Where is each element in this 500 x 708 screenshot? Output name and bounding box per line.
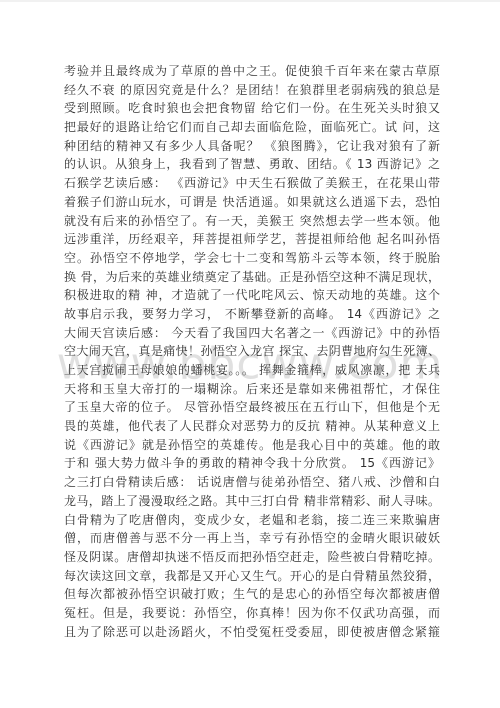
text-line: 怪及阴谋。唐僧却执迷不悟反而把孙悟空赶走，险些被白骨精吃掉。 (64, 548, 440, 567)
text-line: 僧，而唐僧善与恶不分一再上当，幸亏有孙悟空的金晴火眼识破妖 (64, 529, 440, 548)
text-line: 换 骨，为后来的英雄业绩奠定了基础。正是孙悟空这种不满足现状， (64, 268, 440, 287)
text-line: 大闹天宫读后感： 今天看了我国四大名著之一《西游记》中的孙悟 (64, 324, 440, 343)
text-line: 冤枉。但是，我要说：孙悟空，你真棒！因为你不仅武功高强，而 (64, 604, 440, 623)
text-line: 畏的英雄，他代表了人民群众对恶势力的反抗 精神。从某种意义上 (64, 417, 440, 436)
document-page: www.bbcww.com 考验并且最终成为了草原的兽中之王。促使狼千百年来在蒙… (0, 0, 500, 708)
text-line: 上天宫搅闹王母娘娘的蟠桃宴。。。 挥舞金箍棒，威风凛凛，把 天兵 (64, 361, 440, 380)
text-line: 说《西游记》就是孙悟空的英雄传。他是我心目中的英雄。他的敢 (64, 436, 440, 455)
text-line: 且为了除恶可以赴汤蹈火，不怕受冤枉受委屈，即使被唐僧念紧箍 (64, 623, 440, 642)
text-line: 石猴学艺读后感： 《西游记》中天生石猴做了美猴王，在花果山带 (64, 174, 440, 193)
text-line: 故事启示我，要努力学习， 不断攀登新的高峰。 14《西游记》之 (64, 305, 440, 324)
text-line: 考验并且最终成为了草原的兽中之王。促使狼千百年来在蒙古草原 (64, 62, 440, 81)
text-line: 但每次都被孙悟空识破打败；生气的是忠心的孙悟空每次都被唐僧 (64, 585, 440, 604)
text-line: 受到照顾。吃食时狼也会把食物留 给它们一份。在生死关头时狼又 (64, 99, 440, 118)
text-line: 每次读这回文章，我都是又开心又生气。开心的是白骨精虽然狡猾， (64, 567, 440, 586)
text-line: 之三打白骨精读后感： 话说唐僧与徒弟孙悟空、猪八戒、沙僧和白 (64, 473, 440, 492)
text-line: 龙马，踏上了漫漫取经之路。其中三打白骨 精非常精彩、耐人寻味。 (64, 492, 440, 511)
text-line: 把最好的退路让给它们而自己却去面临危险，面临死亡。试 问，这 (64, 118, 440, 137)
text-line: 种团结的精神又有多少人具备呢？ 《狼图腾》，它让我对狼有了新 (64, 137, 440, 156)
text-line: 了玉皇大帝的位子。 尽管孙悟空最终被压在五行山下，但他是个无 (64, 398, 440, 417)
text-line: 着猴子们游山玩水，可谓是 快活逍遥。如果就这么逍遥下去，恐怕 (64, 193, 440, 212)
text-line: 空大闹天宫，真是痛快！孙悟空入龙宫 探宝、去阴曹地府勾生死簿、 (64, 342, 440, 361)
document-text-block: 考验并且最终成为了草原的兽中之王。促使狼千百年来在蒙古草原 经久不衰 的原因究竟… (64, 62, 440, 641)
text-line: 白骨精为了吃唐僧肉，变成少女，老媪和老翁，接二连三来欺骗唐 (64, 511, 440, 530)
text-line: 的认识。从狼身上，我看到了智慧、勇敢、团结。《 13 西游记》之 (64, 155, 440, 174)
text-line: 就没有后来的孙悟空了。有一天，美猴王 突然想去学一些本领。他 (64, 212, 440, 231)
text-line: 经久不衰 的原因究竟是什么？是团结！在狼群里老弱病残的狼总是 (64, 81, 440, 100)
text-line: 远涉重洋，历经艰辛，拜菩提祖师学艺，菩提祖师给他 起名叫孙悟 (64, 230, 440, 249)
text-line: 积极进取的精 神，才造就了一代叱咤风云、惊天动地的英雄。这个 (64, 286, 440, 305)
text-line: 天将和玉皇大帝打的一塌糊涂。后来还是靠如来佛祖帮忙，才保住 (64, 380, 440, 399)
text-line: 于和 强大势力做斗争的勇敢的精神令我十分欣赏。 15《西游记》 (64, 454, 440, 473)
text-line: 空。孙悟空不停地学，学会七十二变和驾筋斗云等本领，终于脱胎 (64, 249, 440, 268)
